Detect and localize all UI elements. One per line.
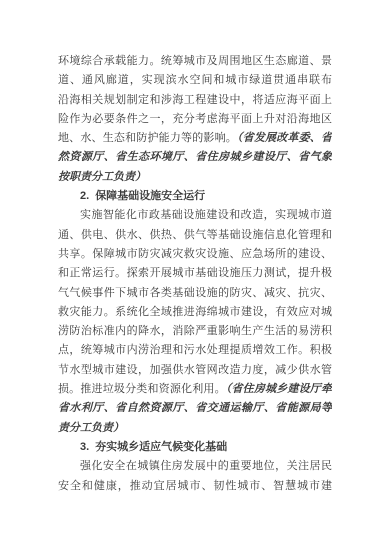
- body-text: 实施智能化市政基础设施建设和改造，实现城市道路交: [58, 209, 332, 225]
- text-line: 省水利厅、省自然资源厅、省交通运输厅、省能源局等按职: [58, 399, 332, 418]
- text-line: 按职责分工负责）: [58, 168, 332, 187]
- text-line: 损。推进垃圾分类和资源化利用。（省住房城乡建设厅牵头，: [58, 380, 332, 399]
- text-line: 然资源厅、省生态环境厅、省住房城乡建设厅、省气象局等: [58, 148, 332, 167]
- responsibility-clause: 按职责分工负责）: [58, 171, 146, 183]
- text-block: 环境综合承载能力。统筹城市及周围地区生态廊道、景观廊道、通风廊道，实现滨水空间和…: [58, 52, 332, 496]
- text-line: 沿海相关规划制定和涉海工程建设中，将适应海平面上升风: [58, 91, 332, 110]
- responsibility-clause: 然资源厅、省生态环境厅、省住房城乡建设厅、省气象局等: [58, 151, 332, 167]
- body-text: 气气候事件下城市各类基础设施的防灾、减灾、抗灾、应急: [58, 287, 332, 303]
- body-text: 险作为必要条件之一，充分考虑海平面上升对沿海地区土: [58, 113, 332, 129]
- section-heading: 2.保障基础设施安全运行: [58, 187, 332, 206]
- text-line: 地、水、生态和防护能力等的影响。（省发展改革委、省自: [58, 129, 332, 148]
- responsibility-clause: 省水利厅、省自然资源厅、省交通运输厅、省能源局等按职: [58, 402, 332, 418]
- heading-number: 3.: [80, 441, 89, 453]
- body-text: 道、通风廊道，实现滨水空间和城市绿道贯通串联布局。在: [58, 74, 332, 90]
- text-line: 节水型城市建设，加强供水管网改造力度，减少供水管网漏: [58, 361, 332, 380]
- text-line: 救灾能力。系统化全域推进海绵城市建设，有效应对城市内: [58, 303, 332, 322]
- text-line: 实施智能化市政基础设施建设和改造，实现城市道路交: [58, 206, 332, 225]
- responsibility-clause: 责分工负责）: [58, 422, 124, 434]
- text-line: 通、供电、供水、供热、供气等基础设施信息化管理和数据: [58, 226, 332, 245]
- text-line: 险作为必要条件之一，充分考虑海平面上升对沿海地区土: [58, 110, 332, 129]
- body-text: 环境综合承载能力。统筹城市及周围地区生态廊道、景观廊: [58, 55, 332, 71]
- text-line: 涝防治标准内的降水，消除严重影响生产生活的易涝积水: [58, 322, 332, 341]
- section-heading: 3.夯实城乡适应气候变化基础: [58, 438, 332, 457]
- text-line: 责分工负责）: [58, 419, 332, 438]
- text-line: 气气候事件下城市各类基础设施的防灾、减灾、抗灾、应急: [58, 284, 332, 303]
- body-text: 地、水、生态和防护能力等的影响。: [58, 132, 237, 144]
- heading-title: 保障基础设施安全运行: [95, 190, 205, 202]
- body-text: 涝防治标准内的降水，消除严重影响生产生活的易涝积水: [58, 325, 332, 341]
- text-line: 点，统筹城市内涝治理和污水处理提质增效工作。积极推进: [58, 341, 332, 360]
- body-text: 节水型城市建设，加强供水管网改造力度，减少供水管网漏: [58, 364, 332, 380]
- body-text: 强化安全在城镇住房发展中的重要地位，关注居民生命: [58, 460, 332, 476]
- body-text: 和正常运行。探索开展城市基础设施压力测试，提升极端天: [58, 267, 332, 283]
- text-line: 强化安全在城镇住房发展中的重要地位，关注居民生命: [58, 457, 332, 476]
- body-text: 点，统筹城市内涝治理和污水处理提质增效工作。积极推进: [58, 344, 332, 360]
- text-line: 道、通风廊道，实现滨水空间和城市绿道贯通串联布局。在: [58, 71, 332, 90]
- heading-number: 2.: [80, 190, 89, 202]
- body-text: 通、供电、供水、供热、供气等基础设施信息化管理和数据: [58, 229, 332, 245]
- heading-title: 夯实城乡适应气候变化基础: [95, 441, 227, 453]
- text-line: 和正常运行。探索开展城市基础设施压力测试，提升极端天: [58, 264, 332, 283]
- document-page: 环境综合承载能力。统筹城市及周围地区生态廊道、景观廊道、通风廊道，实现滨水空间和…: [0, 0, 390, 551]
- body-text: 救灾能力。系统化全域推进海绵城市建设，有效应对城市内: [58, 306, 332, 322]
- text-line: 环境综合承载能力。统筹城市及周围地区生态廊道、景观廊: [58, 52, 332, 71]
- body-text: 沿海相关规划制定和涉海工程建设中，将适应海平面上升风: [58, 94, 332, 110]
- text-line: 安全和健康，推动宜居城市、韧性城市、智慧城市建设。提: [58, 477, 332, 496]
- body-text: 共享。保障城市防灾减灾救灾设施、应急场所的建设、维护: [58, 248, 332, 264]
- body-text: 损。推进垃圾分类和资源化利用。: [58, 383, 226, 395]
- text-line: 共享。保障城市防灾减灾救灾设施、应急场所的建设、维护: [58, 245, 332, 264]
- body-text: 安全和健康，推动宜居城市、韧性城市、智慧城市建设。提: [58, 480, 332, 496]
